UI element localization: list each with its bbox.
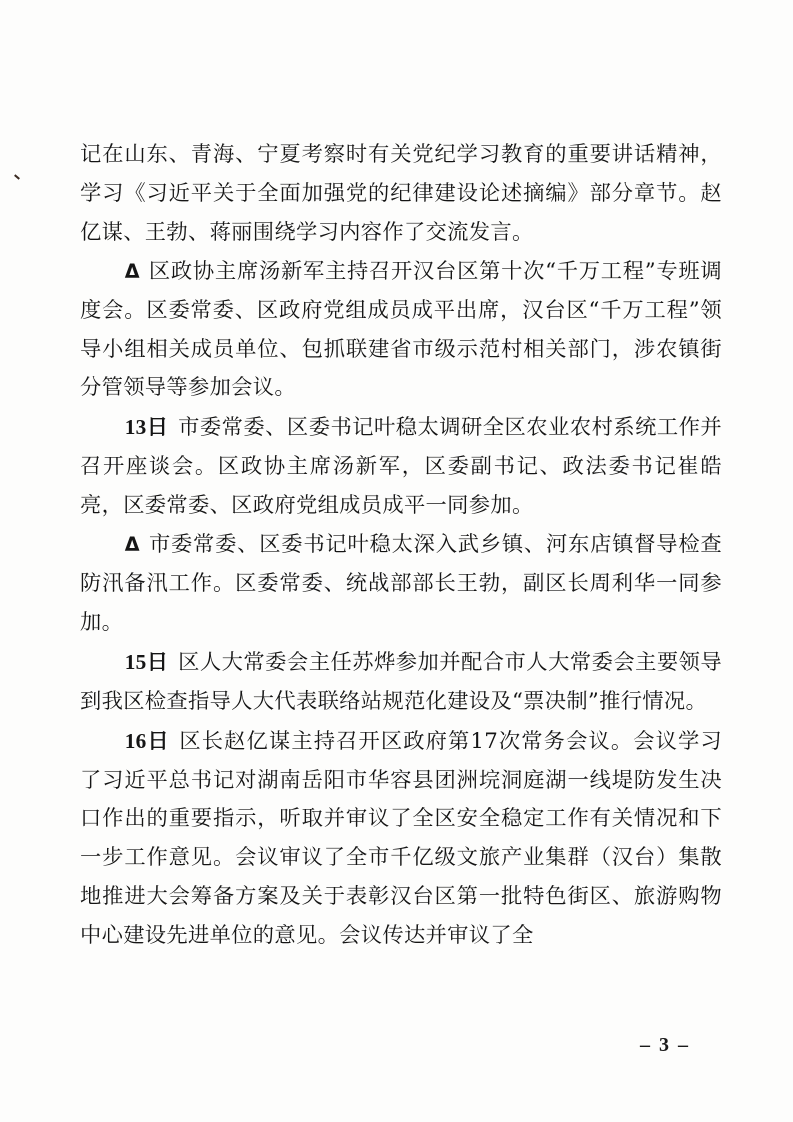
paragraph-text: 区人大常委会主任苏烨参加并配合市人大常委会主要领导到我区检查指导人大代表联络站规…	[80, 650, 722, 714]
document-page: 记在山东、青海、宁夏考察时有关党纪学习教育的重要讲话精神，学习《习近平关于全面加…	[0, 0, 793, 1122]
delta-bullet-icon: Δ	[125, 260, 140, 283]
paragraph-item: Δ区政协主席汤新军主持召开汉台区第十次“千万工程”专班调度会。区委常委、区政府党…	[80, 253, 722, 409]
paragraph-text: 区政协主席汤新军主持召开汉台区第十次“千万工程”专班调度会。区委常委、区政府党组…	[80, 259, 722, 401]
paragraph-text: 记在山东、青海、宁夏考察时有关党纪学习教育的重要讲话精神，学习《习近平关于全面加…	[80, 142, 722, 245]
day-label: 15日	[125, 650, 169, 674]
paragraph-text: 市委常委、区委书记叶稳太调研全区农业农村系统工作并召开座谈会。区政协主席汤新军，…	[80, 415, 722, 518]
page-number: – 3 –	[640, 1034, 690, 1057]
paragraph-day-15: 15日区人大常委会主任苏烨参加并配合市人大常委会主要领导到我区检查指导人大代表联…	[80, 643, 722, 722]
paragraph-text: 区长赵亿谋主持召开区政府第17次常务会议。会议学习了习近平总书记对湖南岳阳市华容…	[80, 729, 722, 949]
paragraph-day-13: 13日市委常委、区委书记叶稳太调研全区农业农村系统工作并召开座谈会。区政协主席汤…	[80, 408, 722, 526]
scan-speck	[14, 174, 20, 179]
day-label: 13日	[125, 415, 169, 439]
paragraph-continuation: 记在山东、青海、宁夏考察时有关党纪学习教育的重要讲话精神，学习《习近平关于全面加…	[80, 136, 722, 253]
delta-bullet-icon: Δ	[125, 533, 140, 556]
paragraph-day-16: 16日区长赵亿谋主持召开区政府第17次常务会议。会议学习了习近平总书记对湖南岳阳…	[80, 722, 722, 956]
day-label: 16日	[125, 729, 170, 753]
paragraph-text: 市委常委、区委书记叶稳太深入武乡镇、河东店镇督导检查防汛备汛工作。区委常委、统战…	[80, 532, 722, 635]
document-body: 记在山东、青海、宁夏考察时有关党纪学习教育的重要讲话精神，学习《习近平关于全面加…	[80, 136, 722, 956]
paragraph-item: Δ市委常委、区委书记叶稳太深入武乡镇、河东店镇督导检查防汛备汛工作。区委常委、统…	[80, 526, 722, 643]
